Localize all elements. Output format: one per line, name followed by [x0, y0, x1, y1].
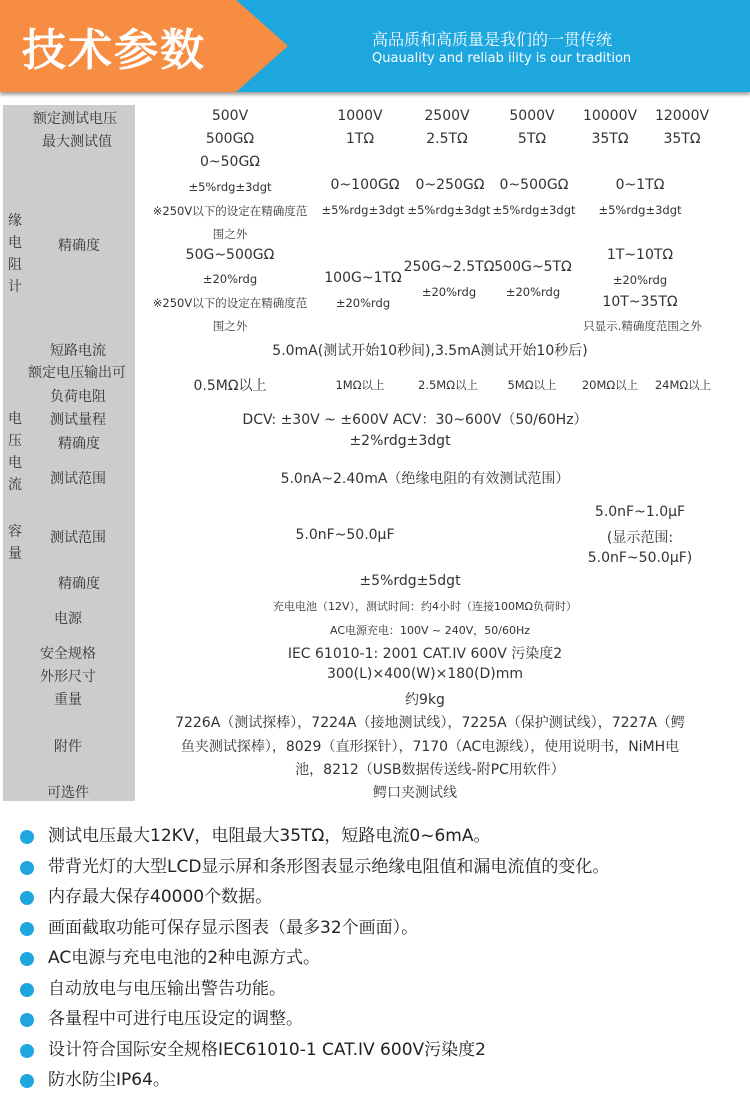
- rated-voltage-cell: 500V: [190, 108, 270, 124]
- accuracy-note: ※250V以下的设定在精确度范: [140, 295, 320, 311]
- max-value-cell: 1TΩ: [325, 131, 395, 147]
- rated-output-cell: 20MΩ以上: [572, 377, 648, 393]
- accuracy-note: ※250V以下的设定在精确度范: [140, 203, 320, 219]
- slogan-en: Quauality and reliab ility is our tradit…: [372, 50, 672, 68]
- label-short-current: 短路电流: [50, 340, 106, 360]
- accessories-line: 7226A（测试探棒），7224A（接地测试线），7225A（保护测试线），72…: [140, 712, 720, 732]
- rated-voltage-cell: 2500V: [412, 108, 482, 124]
- header-banner: 技术参数 高品质和高质量是我们的一贯传统 Quauality and relia…: [0, 0, 750, 92]
- bullet-icon: [20, 891, 34, 905]
- accuracy-value: ±20%rdg: [490, 285, 576, 299]
- label-dimensions: 外形尺寸: [40, 666, 96, 686]
- accuracy-range: 0~500GΩ: [494, 177, 574, 193]
- rated-output-cell: 0.5MΩ以上: [180, 375, 280, 395]
- rated-voltage-cell: 1000V: [325, 108, 395, 124]
- accuracy-value: ±5%rdg±3dgt: [597, 203, 683, 217]
- label-c-test-range: 测试范围: [50, 527, 106, 547]
- accuracy-value: ±5%rdg±3dgt: [491, 203, 577, 217]
- bullet-icon: [20, 952, 34, 966]
- group-label-voltmeter: 电压电流: [8, 408, 24, 496]
- power-ac: AC电源充电：100V ~ 240V，50/60Hz: [280, 622, 580, 638]
- bullet-icon: [20, 983, 34, 997]
- bullet-icon: [20, 922, 34, 936]
- feature-item: 内存最大保存40000个数据。: [20, 887, 740, 918]
- rated-output-cell: 24MΩ以上: [645, 377, 721, 393]
- accuracy-value: ±20%rdg: [600, 273, 680, 287]
- page-title: 技术参数: [22, 14, 206, 78]
- accuracy-value: ±5%rdg±3dgt: [406, 203, 492, 217]
- label-c-accuracy: 精确度: [58, 573, 100, 593]
- rated-output-cell: 5MΩ以上: [497, 377, 567, 393]
- v-accuracy-value: ±2%rdg±3dgt: [340, 433, 460, 449]
- accuracy-value: ±5%rdg±3dgt: [180, 180, 280, 194]
- safety-value: IEC 61010-1: 2001 CAT.IV 600V 污染度2: [240, 643, 610, 663]
- rated-voltage-cell: 5000V: [497, 108, 567, 124]
- label-max-value: 最大测试值: [42, 131, 112, 151]
- rated-voltage-cell: 10000V: [575, 108, 645, 124]
- accuracy-range: 0~100GΩ: [325, 177, 405, 193]
- feature-item: 各量程中可进行电压设定的调整。: [20, 1009, 740, 1040]
- accuracy-note: 只显示.精确度范围之外: [570, 318, 715, 334]
- feature-item: 画面截取功能可保存显示图表（最多32个画面）。: [20, 918, 740, 949]
- bullet-icon: [20, 1013, 34, 1027]
- group-label-insulation: 缘电阻计: [8, 210, 24, 298]
- max-value-cell: 500GΩ: [190, 131, 270, 147]
- dimensions-value: 300(L)×400(W)×180(D)mm: [280, 666, 570, 682]
- accuracy-note: 围之外: [180, 318, 280, 334]
- accuracy-value: ±20%rdg: [320, 296, 406, 310]
- feature-item: 设计符合国际安全规格IEC61010-1 CAT.IV 600V污染度2: [20, 1040, 740, 1071]
- rated-output-cell: 1MΩ以上: [325, 377, 395, 393]
- slogan-cn: 高品质和高质量是我们的一贯传统: [372, 30, 672, 50]
- bullet-icon: [20, 861, 34, 875]
- feature-item: 带背光灯的大型LCD显示屏和条形图表显示绝缘电阻值和漏电流值的变化。: [20, 857, 740, 888]
- label-safety: 安全规格: [40, 643, 96, 663]
- feature-item: 测试电压最大12KV，电阻最大35TΩ，短路电流0~6mA。: [20, 826, 740, 857]
- feature-item: AC电源与充电电池的2种电源方式。: [20, 948, 740, 979]
- accuracy-range: 0~1TΩ: [600, 177, 680, 193]
- accuracy-range: 1T~10TΩ: [600, 247, 680, 263]
- max-value-cell: 35TΩ: [647, 131, 717, 147]
- label-rated-output-2: 负荷电阻: [50, 386, 106, 406]
- label-test-range: 测试范围: [50, 468, 106, 488]
- max-value-cell: 2.5TΩ: [412, 131, 482, 147]
- accuracy-value: ±5%rdg±3dgt: [320, 203, 406, 217]
- banner-slogan: 高品质和高质量是我们的一贯传统 Quauality and reliab ili…: [372, 30, 672, 68]
- group-label-capacitance: 容量: [8, 521, 24, 565]
- accuracy-value: ±20%rdg: [180, 272, 280, 286]
- label-power: 电源: [54, 608, 82, 628]
- accessories-line: 鱼夹测试探棒），8029（直形探针），7170（AC电源线），使用说明书，NiM…: [140, 736, 720, 756]
- label-accuracy: 精确度: [58, 235, 100, 255]
- bullet-icon: [20, 830, 34, 844]
- weight-value: 约9kg: [360, 689, 490, 709]
- accuracy-note: 围之外: [180, 226, 280, 242]
- bullet-icon: [20, 1074, 34, 1088]
- accuracy-range: 50G~500GΩ: [175, 247, 285, 263]
- c-range-alt: (显示范围:: [580, 527, 700, 547]
- short-current-value: 5.0mA(测试开始10秒间),3.5mA测试开始10秒后): [200, 340, 660, 360]
- accuracy-range: 10T~35TΩ: [595, 294, 685, 310]
- max-value-cell: 5TΩ: [497, 131, 567, 147]
- accuracy-range: 500G~5TΩ: [490, 259, 576, 275]
- label-v-accuracy: 精确度: [58, 433, 100, 453]
- label-optional: 可选件: [47, 782, 89, 802]
- accuracy-value: ±20%rdg: [403, 285, 495, 299]
- accuracy-range: 0~250GΩ: [410, 177, 490, 193]
- label-weight: 重量: [54, 689, 82, 709]
- max-value-cell: 35TΩ: [575, 131, 645, 147]
- c-range-main: 5.0nF~50.0μF: [285, 527, 405, 543]
- label-accessories: 附件: [54, 736, 82, 756]
- feature-item: 自动放电与电压输出警告功能。: [20, 979, 740, 1010]
- rated-voltage-cell: 12000V: [647, 108, 717, 124]
- c-range-alt: 5.0nF~1.0μF: [580, 504, 700, 520]
- label-range: 测试量程: [50, 409, 106, 429]
- accuracy-range: 100G~1TΩ: [320, 270, 406, 286]
- accessories-line: 池，8212（USB数据传送线-附PC用软件）: [240, 759, 620, 779]
- label-rated-output-1: 额定电压输出可: [28, 362, 126, 382]
- test-range-value: 5.0nA~2.40mA（绝缘电阻的有效测试范围）: [250, 468, 600, 488]
- accuracy-range: 250G~2.5TΩ: [403, 259, 495, 275]
- bullet-icon: [20, 1044, 34, 1058]
- c-range-alt: 5.0nF~50.0μF): [580, 550, 700, 566]
- feature-item: 防水防尘IP64。: [20, 1070, 740, 1101]
- v-range-value: DCV: ±30V ~ ±600V ACV：30~600V（50/60Hz）: [230, 409, 600, 429]
- accuracy-range: 0~50GΩ: [180, 154, 280, 170]
- label-rated-voltage: 额定测试电压: [33, 108, 117, 128]
- c-accuracy-value: ±5%rdg±5dgt: [340, 573, 480, 589]
- rated-output-cell: 2.5MΩ以上: [408, 377, 488, 393]
- optional-value: 鳄口夹测试线: [340, 782, 490, 802]
- power-battery: 充电电池（12V），测试时间：约4小时（连接100MΩ负荷时）: [200, 598, 650, 614]
- feature-list: 测试电压最大12KV，电阻最大35TΩ，短路电流0~6mA。 带背光灯的大型LC…: [20, 826, 740, 1101]
